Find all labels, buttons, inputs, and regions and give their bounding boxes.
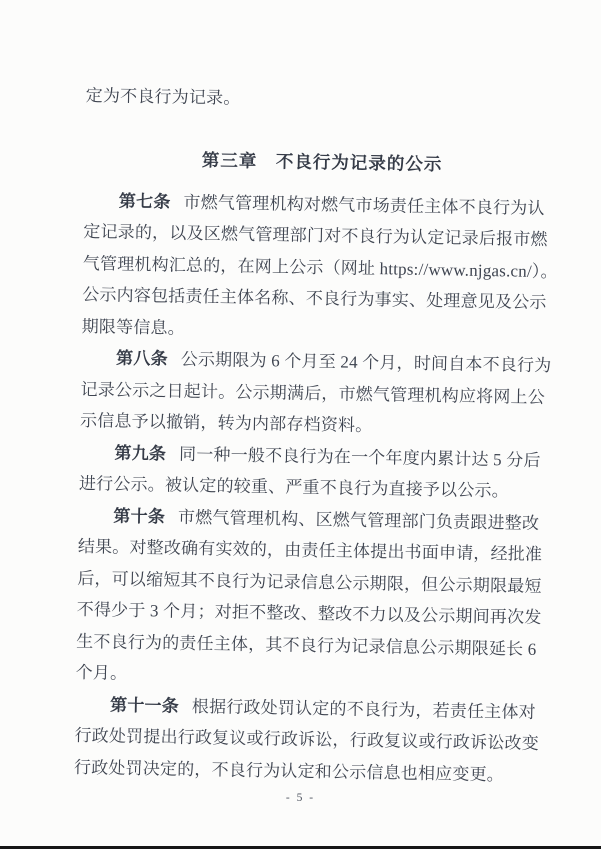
article-number: 第八条 xyxy=(116,349,168,369)
article-number: 第九条 xyxy=(114,443,166,463)
line-text: 行政处罚决定的，不良行为认定和公示信息也相应变更。 xyxy=(74,757,504,784)
line-text: 期限等信息。 xyxy=(82,316,186,337)
document-page: 定为不良行为记录。 第三章 不良行为记录的公示 第七条市燃气管理机构对燃气市场责… xyxy=(0,0,601,849)
article-number: 第七条 xyxy=(119,191,171,211)
line-text: 市燃气管理机构、区燃气管理部门负责跟进整改 xyxy=(178,507,539,532)
line-text: 个月。 xyxy=(75,663,127,683)
line-text: 公示期限为 6 个月至 24 个月，时间自本不良行为 xyxy=(181,350,552,375)
line-text: 示信息予以撤销，转为内部存档资料。 xyxy=(80,411,373,435)
line-text: 气管理机构汇总的，在网上公示（网址 https://www.njgas.cn/）… xyxy=(83,253,558,280)
line-text: 进行公示。被认定的较重、严重不良行为直接予以公示。 xyxy=(79,474,509,501)
line-text: 同一种一般不良行为在一个年度内累计达 5 分后 xyxy=(179,444,541,469)
line-text: 记录公示之日起计。公示期满后，市燃气管理机构应将网上公 xyxy=(80,379,545,406)
line-text: 后，可以缩短其不良行为记录信息公示期限，但公示期限最短 xyxy=(77,568,542,595)
line-text: 定记录的，以及区燃气管理部门对不良行为认定记录后报市燃 xyxy=(83,222,548,249)
line-text: 生不良行为的责任主体，其不良行为记录信息公示期限延长 6 xyxy=(76,631,537,658)
line-text: 公示内容包括责任主体名称、不良行为事实、处理意见及公示 xyxy=(82,285,547,312)
document-text: 定为不良行为记录。 第三章 不良行为记录的公示 第七条市燃气管理机构对燃气市场责… xyxy=(74,80,561,791)
line-text: 行政处罚提出行政复议或行政诉讼，行政复议或行政诉讼改变 xyxy=(74,726,539,753)
line-text: 根据行政处罚认定的不良行为，若责任主体对 xyxy=(192,696,536,721)
article-number: 第十一条 xyxy=(110,695,179,715)
article-number: 第十条 xyxy=(113,506,165,526)
chapter-heading: 第三章 不良行为记录的公示 xyxy=(84,143,559,183)
line-text: 市燃气管理机构对燃气市场责任主体不良行为认 xyxy=(183,192,544,217)
line-text: 定为不良行为记录。 xyxy=(86,86,241,108)
line-text: 结果。对整改确有实效的，由责任主体提出书面申请，经批准 xyxy=(78,537,543,564)
continuation-line: 定为不良行为记录。 xyxy=(85,80,560,120)
line-text: 不得少于 3 个月；对拒不整改、整改不力以及公示期间再次发 xyxy=(77,600,542,627)
page-number: - 5 - xyxy=(0,792,601,804)
